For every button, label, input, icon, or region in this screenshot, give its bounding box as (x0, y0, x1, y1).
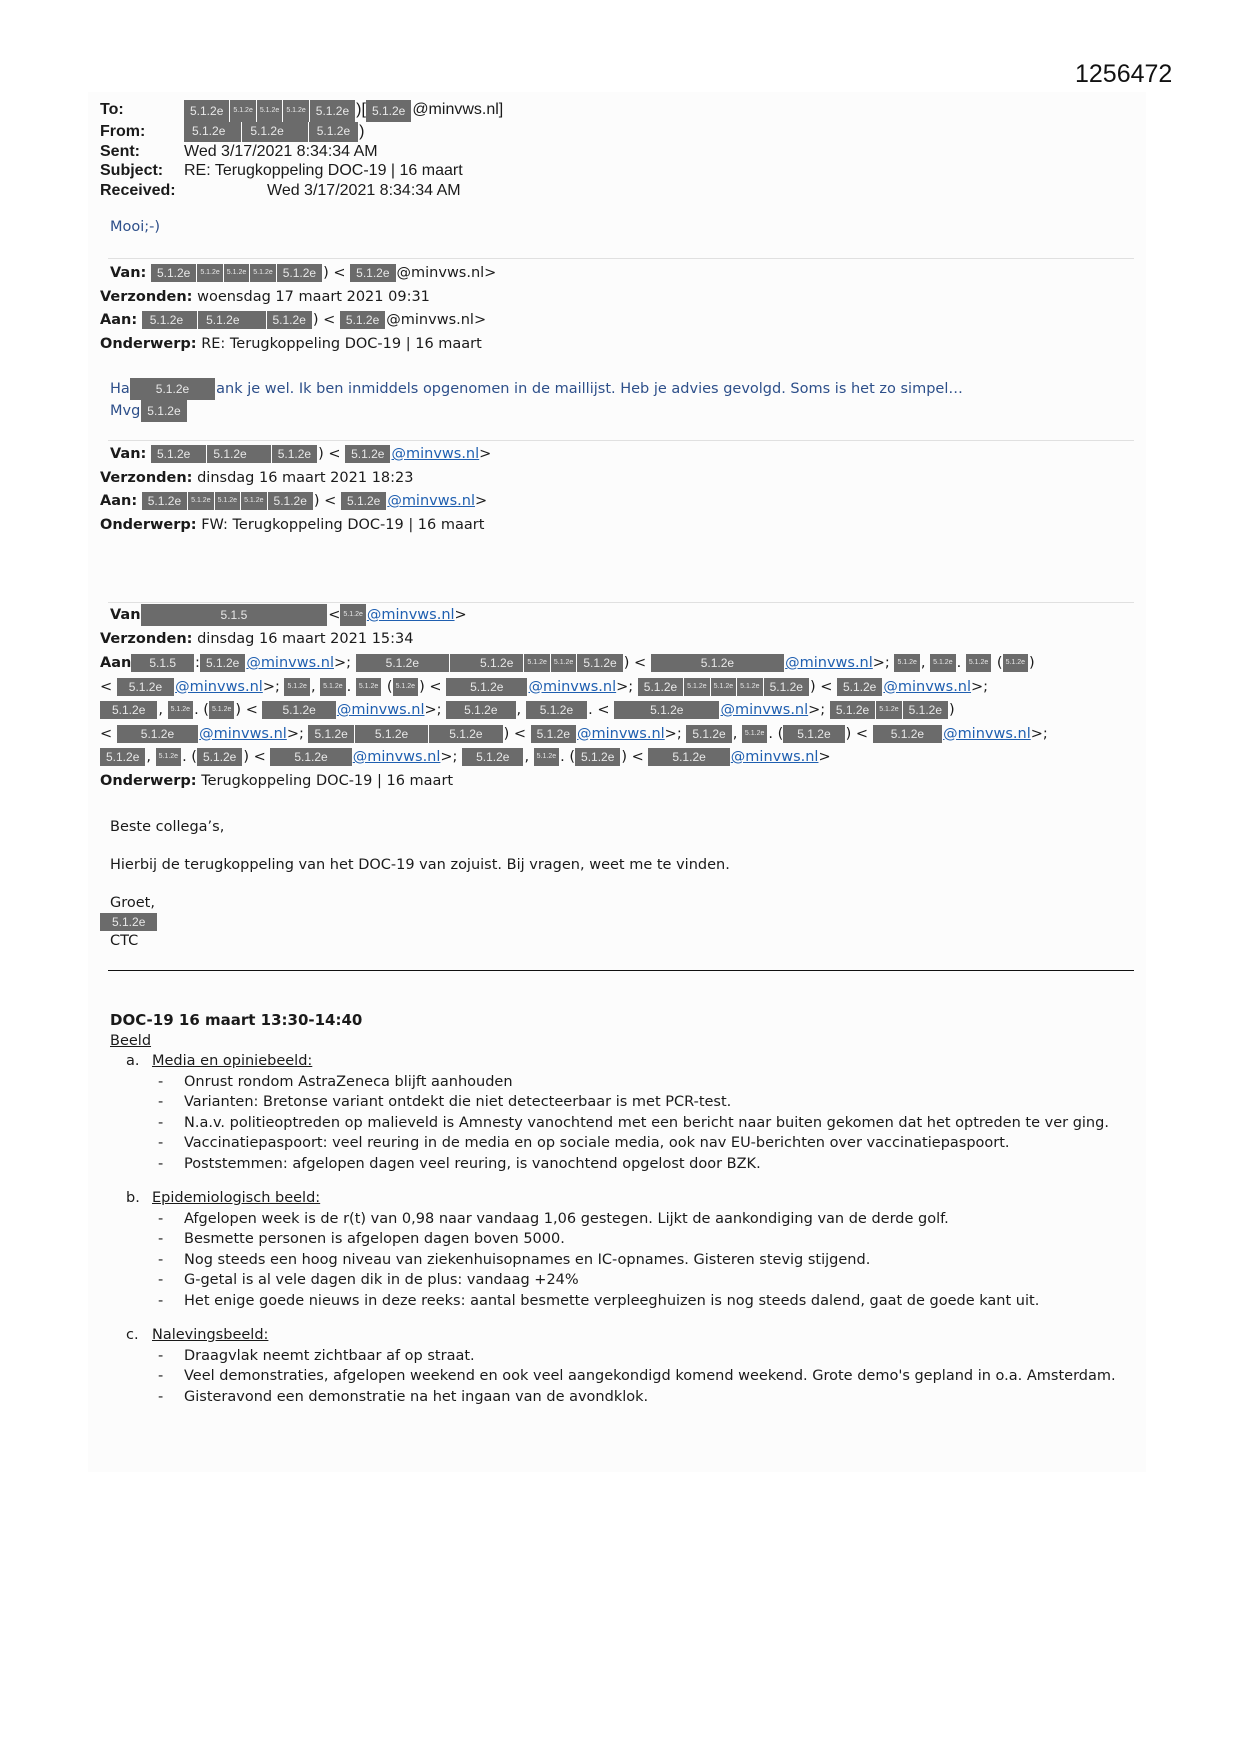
message-4-header: Van5.1.5<5.1.2e@minvws.nl> Verzonden: di… (100, 604, 467, 651)
section-letter: b. (126, 1188, 152, 1209)
redaction: 5.1.2e (446, 678, 527, 696)
separator (108, 602, 1134, 603)
sent-value: Wed 3/17/2021 8:34:34 AM (184, 142, 378, 162)
redaction: 5.1.2e (551, 654, 576, 672)
message-2-body: Ha5.1.2eank je wel. Ik ben inmiddels opg… (110, 378, 963, 422)
list-item: -Nog steeds een hoog niveau van ziekenhu… (158, 1250, 1130, 1271)
redaction: 5.1.2e (309, 122, 358, 142)
report: DOC-19 16 maart 13:30-14:40 Beeld a.Medi… (110, 1010, 1130, 1407)
body-text: ank je wel. Ik ben inmiddels opgenomen i… (216, 381, 963, 397)
redaction: 5.1.2e (215, 492, 240, 510)
email-link[interactable]: @minvws.nl (353, 749, 441, 765)
onderwerp-label: Onderwerp: (100, 517, 197, 533)
recipients-list: Aan5.1.5:5.1.2e@minvws.nl>; 5.1.2e5.1.2e… (100, 652, 1048, 793)
subject-label: Subject: (100, 161, 184, 181)
redaction: 5.1.2e (711, 678, 736, 696)
item-text: Gisteravond een demonstratie na het inga… (184, 1387, 648, 1408)
email-link[interactable]: @minvws.nl (785, 655, 873, 671)
redaction: 5.1.2e (130, 378, 215, 400)
aan-label: Aan: (100, 493, 137, 509)
redaction: 5.1.2e (341, 492, 386, 510)
redaction: 5.1.2e (638, 678, 683, 696)
redaction: 5.1.2e (531, 725, 576, 743)
onderwerp-label: Onderwerp: (100, 336, 197, 352)
sent-label: Sent: (100, 142, 184, 162)
signature-org: CTC (110, 932, 730, 951)
list-item: -G-getal is al vele dagen dik in de plus… (158, 1270, 1130, 1291)
item-text: G-getal is al vele dagen dik in de plus:… (184, 1270, 579, 1291)
message-4-body: Beste collega’s, Hierbij de terugkoppeli… (110, 818, 730, 951)
report-section: c.Nalevingsbeeld:-Draagvlak neemt zichtb… (126, 1325, 1130, 1407)
reply-body: Mooi;-) (110, 219, 160, 235)
redaction: 5.1.2e (930, 654, 955, 672)
redaction: 5.1.2e (242, 122, 307, 142)
van-label: Van: (110, 265, 146, 281)
redaction: 5.1.2e (356, 678, 381, 696)
bullet-list: -Draagvlak neemt zichtbaar af op straat.… (126, 1346, 1130, 1408)
redaction: 5.1.2e (393, 678, 418, 696)
to-row: To: 5.1.2e5.1.2e5.1.2e5.1.2e5.1.2e)[5.1.… (100, 100, 503, 122)
to-label: To: (100, 100, 184, 122)
redaction: 5.1.2e (966, 654, 991, 672)
redaction: 5.1.2e (340, 311, 385, 329)
onderwerp-value: RE: Terugkoppeling DOC-19 | 16 maart (201, 336, 482, 352)
email-link[interactable]: @minvws.nl (883, 679, 971, 695)
from-row: From: 5.1.2e5.1.2e5.1.2e) (100, 122, 503, 142)
van-label: Van: (110, 446, 146, 462)
redaction: 5.1.2e (450, 654, 523, 672)
section-heading: c.Nalevingsbeeld: (126, 1325, 1130, 1346)
message-3-header: Van: 5.1.2e5.1.2e5.1.2e) < 5.1.2e@minvws… (100, 443, 491, 537)
redaction: 5.1.2e (903, 701, 948, 719)
dash-bullet-icon: - (158, 1072, 184, 1093)
divider (108, 970, 1134, 971)
section-title: Epidemiologisch beeld: (152, 1188, 320, 1209)
section-title: Media en opiniebeeld: (152, 1051, 312, 1072)
email-link[interactable]: @minvws.nl (577, 726, 665, 742)
redaction: 5.1.2e (524, 654, 549, 672)
dash-bullet-icon: - (158, 1291, 184, 1312)
redaction: 5.1.2e (577, 654, 622, 672)
document-number: 1256472 (1075, 60, 1172, 89)
separator (108, 258, 1134, 259)
list-item: -Onrust rondom AstraZeneca blijft aanhou… (158, 1072, 1130, 1093)
report-heading: Beeld (110, 1031, 1130, 1052)
dash-bullet-icon: - (158, 1092, 184, 1113)
dash-bullet-icon: - (158, 1250, 184, 1271)
list-item: -Besmette personen is afgelopen dagen bo… (158, 1229, 1130, 1250)
redaction: 5.1.2e (686, 725, 731, 743)
redaction: 5.1.2e (156, 748, 181, 766)
email-link[interactable]: @minvws.nl (387, 493, 475, 509)
report-title: DOC-19 16 maart 13:30-14:40 (110, 1010, 1130, 1031)
redaction: 5.1.2e (742, 725, 767, 743)
email-link[interactable]: @minvws.nl (731, 749, 819, 765)
email-link[interactable]: @minvws.nl (720, 702, 808, 718)
body-text: Ha (110, 381, 130, 397)
redaction: 5.1.2e (876, 701, 901, 719)
report-section: b.Epidemiologisch beeld:-Afgelopen week … (126, 1188, 1130, 1311)
section-heading: a.Media en opiniebeeld: (126, 1051, 1130, 1072)
redaction: 5.1.2e (310, 100, 355, 122)
section-title: Nalevingsbeeld: (152, 1325, 268, 1346)
item-text: N.a.v. politieoptreden op malieveld is A… (184, 1113, 1109, 1134)
email-link[interactable]: @minvws.nl (943, 726, 1031, 742)
redaction: 5.1.2e (340, 604, 365, 626)
subject-row: Subject: RE: Terugkoppeling DOC-19 | 16 … (100, 161, 503, 181)
onderwerp-label: Onderwerp: (100, 773, 197, 789)
email-link[interactable]: @minvws.nl (391, 446, 479, 462)
item-text: Varianten: Bretonse variant ontdekt die … (184, 1092, 731, 1113)
redaction: 5.1.2e (345, 445, 390, 463)
verzonden-label: Verzonden: (100, 631, 192, 647)
redaction: 5.1.2e (141, 400, 186, 422)
list-item: -Vaccinatiepaspoort: veel reuring in de … (158, 1133, 1130, 1154)
item-text: Poststemmen: afgelopen dagen veel reurin… (184, 1154, 761, 1175)
list-item: -Poststemmen: afgelopen dagen veel reuri… (158, 1154, 1130, 1175)
redaction: 5.1.2e (783, 725, 844, 743)
redaction: 5.1.2e (356, 654, 449, 672)
redaction: 5.1.2e (262, 701, 335, 719)
redaction: 5.1.2e (142, 492, 187, 510)
redaction: 5.1.2e (267, 311, 312, 329)
bullet-list: -Onrust rondom AstraZeneca blijft aanhou… (126, 1072, 1130, 1175)
redaction: 5.1.2e (684, 678, 709, 696)
list-item: -Het enige goede nieuws in deze reeks: a… (158, 1291, 1130, 1312)
dash-bullet-icon: - (158, 1209, 184, 1230)
dash-bullet-icon: - (158, 1113, 184, 1134)
redaction: 5.1.2e (277, 264, 322, 282)
message-2-header: Van: 5.1.2e5.1.2e5.1.2e5.1.2e5.1.2e) < 5… (100, 262, 496, 356)
redaction: 5.1.2e (270, 748, 351, 766)
list-item: -Veel demonstraties, afgelopen weekend e… (158, 1366, 1130, 1387)
verzonden-value: dinsdag 16 maart 2021 15:34 (197, 631, 413, 647)
redaction: 5.1.5 (131, 654, 194, 672)
redaction: 5.1.2e (873, 725, 942, 743)
aan-domain: @minvws.nl> (386, 312, 486, 328)
redaction: 5.1.2e (230, 100, 255, 122)
dash-bullet-icon: - (158, 1133, 184, 1154)
received-row: Received: Wed 3/17/2021 8:34:34 AM (100, 181, 503, 201)
redaction: 5.1.2e (241, 492, 266, 510)
redaction: 5.1.2e (446, 701, 515, 719)
redaction: 5.1.2e (737, 678, 762, 696)
redaction: 5.1.2e (188, 492, 213, 510)
section-letter: a. (126, 1051, 152, 1072)
signature-redaction: 5.1.2e (100, 913, 157, 931)
report-section: a.Media en opiniebeeld:-Onrust rondom As… (126, 1051, 1130, 1174)
redaction: 5.1.2e (1003, 654, 1028, 672)
separator (108, 440, 1134, 441)
redaction: 5.1.2e (100, 701, 157, 719)
item-text: Het enige goede nieuws in deze reeks: aa… (184, 1291, 1039, 1312)
onderwerp-value: FW: Terugkoppeling DOC-19 | 16 maart (201, 517, 484, 533)
redaction: 5.1.2e (534, 748, 559, 766)
redaction: 5.1.2e (142, 311, 197, 329)
redaction: 5.1.2e (366, 100, 411, 122)
redaction: 5.1.2e (764, 678, 809, 696)
redaction: 5.1.2e (209, 701, 234, 719)
redaction: 5.1.2e (648, 748, 729, 766)
redaction: 5.1.2e (184, 100, 229, 122)
redaction: 5.1.2e (575, 748, 620, 766)
list-item: -Gisteravond een demonstratie na het ing… (158, 1387, 1130, 1408)
redaction: 5.1.2e (429, 725, 502, 743)
redaction: 5.1.2e (284, 678, 309, 696)
subject-value: RE: Terugkoppeling DOC-19 | 16 maart (184, 161, 463, 181)
redaction: 5.1.2e (168, 701, 193, 719)
email-link[interactable]: @minvws.nl (528, 679, 616, 695)
spacer (110, 1174, 1130, 1188)
body-text: Hierbij de terugkoppeling van het DOC-19… (110, 856, 730, 875)
redaction: 5.1.2e (837, 678, 882, 696)
redaction: 5.1.2e (894, 654, 919, 672)
dash-bullet-icon: - (158, 1154, 184, 1175)
bullet-list: -Afgelopen week is de r(t) van 0,98 naar… (126, 1209, 1130, 1312)
from-label: From: (100, 122, 184, 142)
email-link[interactable]: @minvws.nl (246, 655, 334, 671)
greeting: Beste collega’s, (110, 818, 730, 837)
dash-bullet-icon: - (158, 1229, 184, 1250)
van-domain: @minvws.nl> (397, 265, 497, 281)
spacer (110, 1311, 1130, 1325)
redaction: 5.1.2e (320, 678, 345, 696)
verzonden-label: Verzonden: (100, 289, 192, 305)
redaction: 5.1.2e (100, 748, 145, 766)
redaction: 5.1.2e (526, 701, 587, 719)
list-item: -Draagvlak neemt zichtbaar af op straat. (158, 1346, 1130, 1367)
redaction: 5.1.2e (350, 264, 395, 282)
redaction: 5.1.2e (151, 445, 206, 463)
redaction: 5.1.2e (355, 725, 428, 743)
email-link[interactable]: @minvws.nl (199, 726, 287, 742)
section-heading: b.Epidemiologisch beeld: (126, 1188, 1130, 1209)
redaction: 5.1.2e (614, 701, 719, 719)
section-letter: c. (126, 1325, 152, 1346)
to-domain: @minvws.nl] (412, 100, 503, 122)
email-link[interactable]: @minvws.nl (337, 702, 425, 718)
verzonden-label: Verzonden: (100, 470, 192, 486)
redaction: 5.1.2e (198, 311, 265, 329)
aan-label: Aan: (100, 312, 137, 328)
redaction: 5.1.2e (272, 445, 317, 463)
onderwerp-value: Terugkoppeling DOC-19 | 16 maart (201, 773, 453, 789)
redaction: 5.1.2e (308, 725, 353, 743)
redaction: 5.1.2e (283, 100, 308, 122)
redaction: 5.1.2e (651, 654, 784, 672)
redaction: 5.1.2e (257, 100, 282, 122)
list-item: -N.a.v. politieoptreden op malieveld is … (158, 1113, 1130, 1134)
received-value: Wed 3/17/2021 8:34:34 AM (267, 181, 461, 201)
redaction: 5.1.2e (830, 701, 875, 719)
redaction: 5.1.2e (197, 264, 222, 282)
email-header: To: 5.1.2e5.1.2e5.1.2e5.1.2e5.1.2e)[5.1.… (100, 100, 503, 200)
redaction: 5.1.2e (117, 678, 174, 696)
redaction: 5.1.2e (207, 445, 270, 463)
list-item: -Afgelopen week is de r(t) van 0,98 naar… (158, 1209, 1130, 1230)
sent-row: Sent: Wed 3/17/2021 8:34:34 AM (100, 142, 503, 162)
item-text: Afgelopen week is de r(t) van 0,98 naar … (184, 1209, 949, 1230)
received-label: Received: (100, 181, 184, 201)
redaction: 5.1.2e (197, 748, 242, 766)
van-label: Van (110, 607, 141, 623)
redaction: 5.1.2e (151, 264, 196, 282)
redaction: 5.1.2e (117, 725, 198, 743)
redaction: 5.1.2e (250, 264, 275, 282)
redaction: 5.1.2e (224, 264, 249, 282)
redaction: 5.1.2e (184, 122, 241, 142)
dash-bullet-icon: - (158, 1366, 184, 1387)
verzonden-value: dinsdag 16 maart 2021 18:23 (197, 470, 413, 486)
closing: Groet, (110, 894, 730, 913)
dash-bullet-icon: - (158, 1346, 184, 1367)
item-text: Nog steeds een hoog niveau van ziekenhui… (184, 1250, 870, 1271)
redaction: 5.1.2e (462, 748, 523, 766)
dash-bullet-icon: - (158, 1387, 184, 1408)
email-link[interactable]: @minvws.nl (175, 679, 263, 695)
item-text: Veel demonstraties, afgelopen weekend en… (184, 1366, 1116, 1387)
verzonden-value: woensdag 17 maart 2021 09:31 (197, 289, 430, 305)
item-text: Onrust rondom AstraZeneca blijft aanhoud… (184, 1072, 513, 1093)
aan-label: Aan (100, 655, 131, 671)
item-text: Draagvlak neemt zichtbaar af op straat. (184, 1346, 475, 1367)
dash-bullet-icon: - (158, 1270, 184, 1291)
redaction: 5.1.2e (200, 654, 245, 672)
item-text: Besmette personen is afgelopen dagen bov… (184, 1229, 565, 1250)
redaction: 5.1.5 (141, 604, 328, 626)
redaction: 5.1.2e (268, 492, 313, 510)
email-link[interactable]: @minvws.nl (367, 607, 455, 623)
list-item: -Varianten: Bretonse variant ontdekt die… (158, 1092, 1130, 1113)
item-text: Vaccinatiepaspoort: veel reuring in de m… (184, 1133, 1010, 1154)
